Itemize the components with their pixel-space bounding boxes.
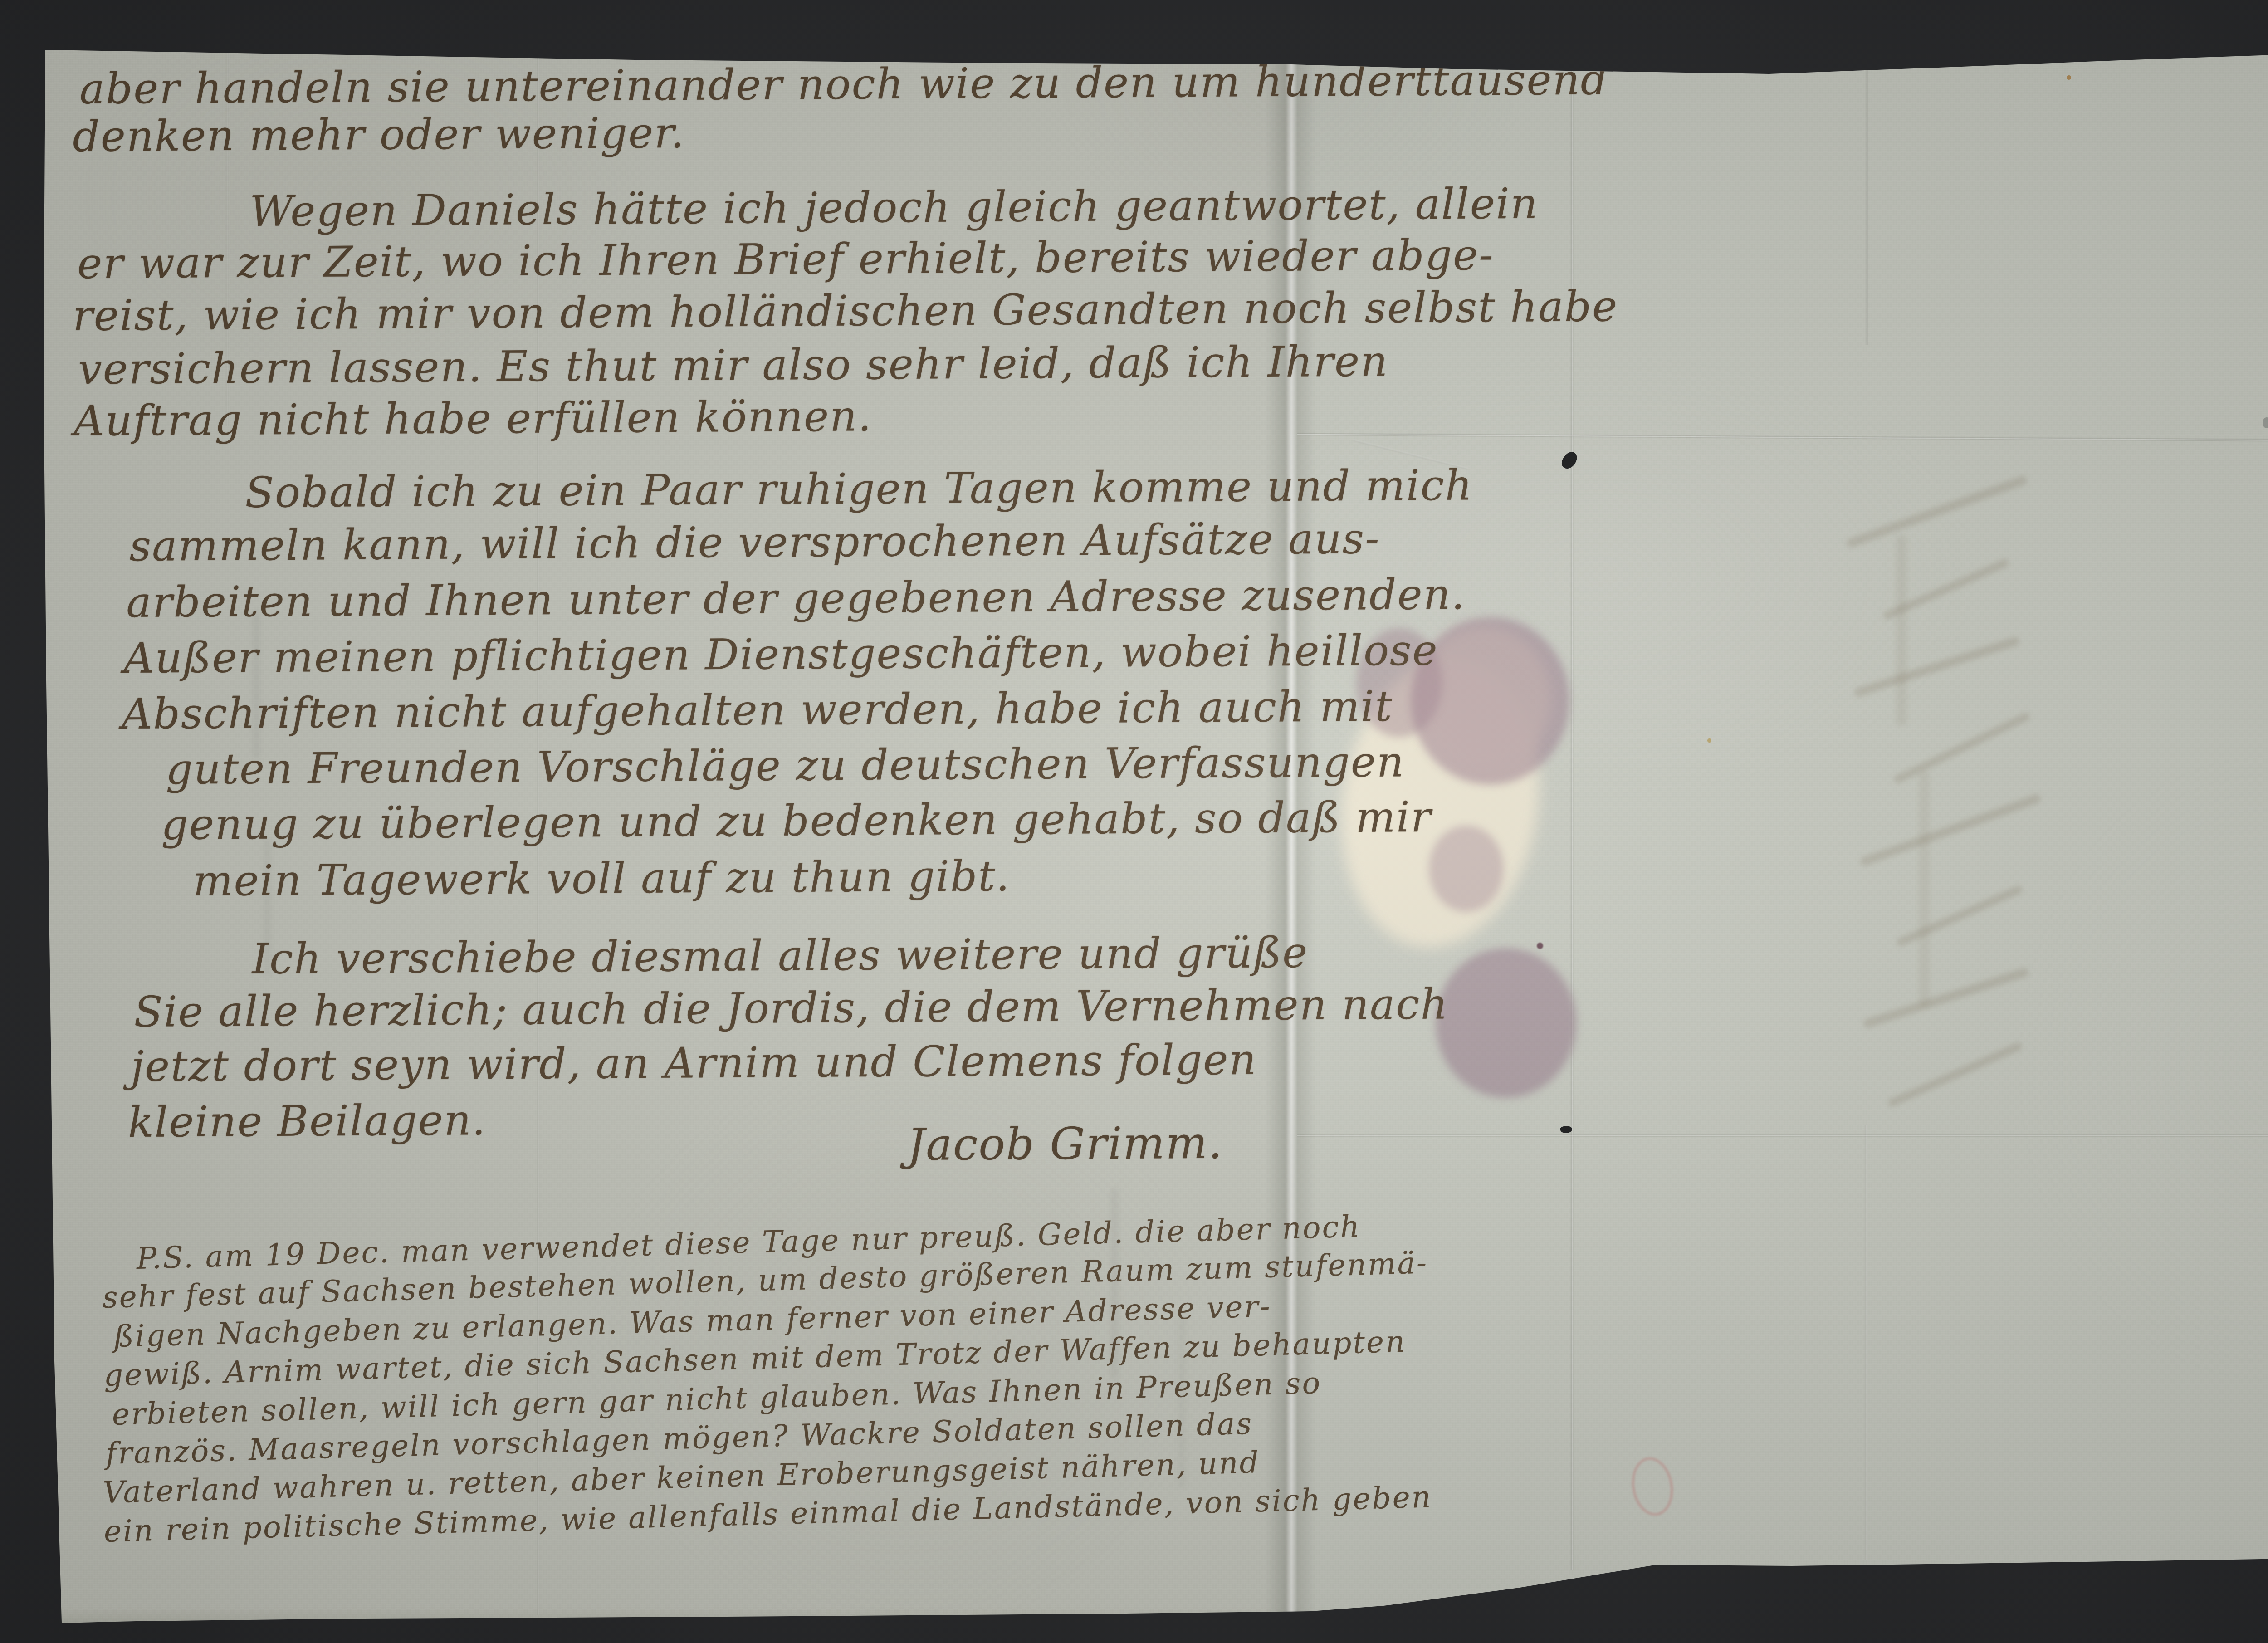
show-through-stroke: [1853, 636, 2020, 698]
letter-line: Sobald ich zu ein Paar ruhigen Tagen kom…: [245, 464, 1473, 514]
show-through-stroke: [1887, 1042, 2023, 1108]
letter-line: kleine Beilagen.: [128, 1099, 486, 1144]
paper-spot: [2263, 417, 2268, 428]
fold-crease-horizontal: [1297, 1134, 2268, 1137]
seal-stain-blob: [1436, 948, 1576, 1098]
letter-line: reist, wie ich mir von dem holländischen…: [73, 285, 1618, 337]
paper-fleck: [1707, 738, 1711, 743]
letter-line: arbeiten und Ihnen unter der gegebenen A…: [126, 573, 1466, 624]
letter-line: er war zur Zeit, wo ich Ihren Brief erhi…: [77, 234, 1494, 285]
show-through-stroke: [1846, 475, 2028, 548]
show-through-stroke: [1882, 558, 2009, 621]
letter-line: Wegen Daniels hätte ich jedoch gleich ge…: [249, 183, 1539, 233]
letter-line: sammeln kann, will ich die versprochenen…: [129, 518, 1380, 567]
letter-line: Ich verschiebe diesmal alles weitere und…: [252, 932, 1308, 980]
letter-line: denken mehr oder weniger.: [73, 112, 685, 158]
fold-crease-vertical: [1864, 1125, 1867, 1560]
letter-line: Auftrag nicht habe erfüllen können.: [73, 395, 872, 442]
letter-sheet: aber handeln sie untereinander noch wie …: [0, 0, 2268, 1643]
letter-line: jetzt dort seyn wird, an Arnim und Cleme…: [131, 1039, 1257, 1088]
letter-line: aber handeln sie untereinander noch wie …: [79, 59, 1608, 110]
letter-line: genug zu überlegen und zu bedenken gehab…: [161, 796, 1432, 846]
show-through-stroke: [1896, 535, 1907, 726]
fold-crease-horizontal: [1297, 433, 2268, 444]
show-through-stroke: [1919, 771, 1930, 1007]
signature: Jacob Grimm.: [907, 1121, 1223, 1167]
show-through-stroke: [1859, 793, 2042, 867]
seal-stain-dot: [1537, 943, 1543, 949]
show-through-stroke: [1893, 712, 2031, 785]
seal-stain-blob: [1429, 826, 1504, 912]
letter-line: mein Tagewerk voll auf zu thun gibt.: [193, 855, 1011, 902]
fold-crease-vertical: [1865, 64, 1868, 345]
scan-background: aber handeln sie untereinander noch wie …: [0, 0, 2268, 1643]
letter-line: versichern lassen. Es thut mir also sehr…: [78, 340, 1388, 391]
stamp-mark: [1627, 1454, 1677, 1519]
show-through-stroke: [1862, 967, 2029, 1029]
paper-fleck: [2067, 75, 2071, 80]
letter-line: guten Freunden Vorschläge zu deutschen V…: [166, 741, 1405, 791]
letter-line: Außer meinen pflichtigen Dienstgeschäfte…: [123, 629, 1438, 680]
fold-hole: [1560, 1125, 1573, 1134]
show-through-stroke: [1896, 885, 2023, 947]
letter-line: Abschriften nicht aufgehalten werden, ha…: [122, 685, 1393, 735]
letter-line: Sie alle herzlich; auch die Jordis, die …: [134, 983, 1449, 1033]
fold-hole: [1559, 450, 1580, 472]
